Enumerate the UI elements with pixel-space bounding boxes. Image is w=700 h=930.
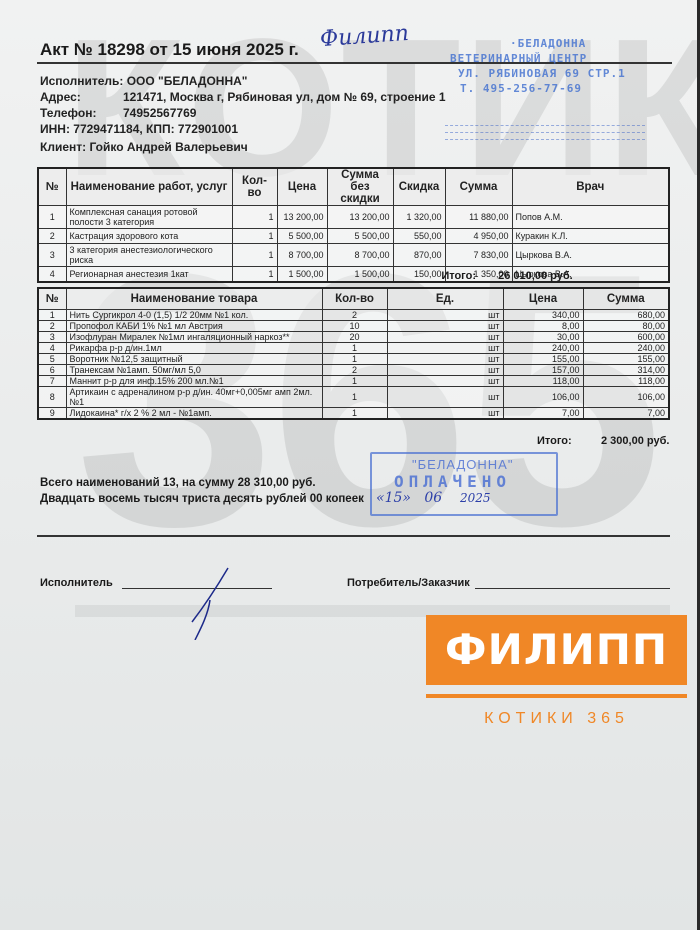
- goods-cell-price: 155,00: [503, 354, 583, 365]
- goods-cell-unit: шт: [387, 408, 503, 420]
- document-title: Акт № 18298 от 15 июня 2025 г.: [40, 40, 299, 60]
- goods-row: 3Изофлуран Миралек №1мл ингаляционный на…: [38, 332, 669, 343]
- services-cell-discount: 550,00: [393, 229, 445, 244]
- services-cell-price: 1 500,00: [277, 267, 327, 283]
- services-cell-doctor: Цыркова В.А.: [512, 244, 669, 267]
- goods-cell-unit: шт: [387, 354, 503, 365]
- goods-cell-name: Пропофол КАБИ 1% №1 мл Австрия: [66, 321, 322, 332]
- title-divider: [37, 62, 375, 64]
- services-cell-name: Комплексная санация ротовой полости 3 ка…: [66, 206, 232, 229]
- brand-divider: [426, 694, 687, 698]
- executor-line: Исполнитель: ООО "БЕЛАДОННА": [40, 74, 247, 88]
- goods-row: 9Лидокаина* г/х 2 % 2 мл - №1амп.1шт7,00…: [38, 408, 669, 420]
- services-cell-name: 3 категория анестезиологического риска: [66, 244, 232, 267]
- goods-cell-qty: 2: [322, 310, 387, 321]
- goods-cell-qty: 1: [322, 343, 387, 354]
- goods-cell-name: Изофлуран Миралек №1мл ингаляционный нар…: [66, 332, 322, 343]
- services-cell-sum: 4 950,00: [445, 229, 512, 244]
- goods-cell-sum: 240,00: [583, 343, 669, 354]
- stamp-smudge: [445, 125, 645, 146]
- executor-name: ООО "БЕЛАДОННА": [127, 74, 248, 88]
- goods-cell-n: 3: [38, 332, 66, 343]
- signature-scribble-icon: [160, 560, 240, 640]
- services-cell-name: Кастрация здорового кота: [66, 229, 232, 244]
- address-line: Адрес:121471, Москва г, Рябиновая ул, до…: [40, 90, 446, 104]
- services-cell-n: 2: [38, 229, 66, 244]
- services-total: Итого: 26 010,00 руб.: [400, 270, 573, 282]
- goods-cell-price: 7,00: [503, 408, 583, 420]
- services-cell-sum-no-discount: 5 500,00: [327, 229, 393, 244]
- goods-cell-unit: шт: [387, 387, 503, 408]
- customer-signature-label: Потребитель/Заказчик: [347, 577, 470, 589]
- brand-subtitle: КОТИКИ 365: [426, 710, 687, 728]
- goods-row: 2Пропофол КАБИ 1% №1 мл Австрия10шт8,008…: [38, 321, 669, 332]
- executor-signature-label: Исполнитель: [40, 577, 113, 589]
- services-cell-discount: 1 320,00: [393, 206, 445, 229]
- services-total-value: 26 010,00: [498, 270, 547, 282]
- goods-cell-price: 106,00: [503, 387, 583, 408]
- goods-cell-sum: 7,00: [583, 408, 669, 420]
- services-cell-doctor: Попов А.М.: [512, 206, 669, 229]
- goods-cell-unit: шт: [387, 310, 503, 321]
- services-cell-qty: 1: [232, 206, 277, 229]
- summary-words: Двадцать восемь тысяч триста десять рубл…: [40, 493, 364, 505]
- goods-cell-name: Маннит р-р для инф.15% 200 мл.№1: [66, 376, 322, 387]
- goods-cell-sum: 118,00: [583, 376, 669, 387]
- services-cell-sum-no-discount: 13 200,00: [327, 206, 393, 229]
- goods-cell-sum: 314,00: [583, 365, 669, 376]
- services-cell-qty: 1: [232, 267, 277, 283]
- services-row: 1Комплексная санация ротовой полости 3 к…: [38, 206, 669, 229]
- goods-cell-name: Рикарфа р-р д/ин.1мл: [66, 343, 322, 354]
- goods-cell-qty: 20: [322, 332, 387, 343]
- clinic-stamp: ·БЕЛАДОННА ВЕТЕРИНАРНЫЙ ЦЕНТР УЛ. РЯБИНО…: [450, 36, 626, 96]
- goods-cell-n: 9: [38, 408, 66, 420]
- goods-cell-n: 7: [38, 376, 66, 387]
- brand-logo: ФИЛИПП: [426, 615, 687, 685]
- services-cell-n: 4: [38, 267, 66, 283]
- goods-cell-unit: шт: [387, 321, 503, 332]
- goods-row: 6Транексам №1амп. 50мг/мл 5,02шт157,0031…: [38, 365, 669, 376]
- goods-cell-n: 1: [38, 310, 66, 321]
- services-cell-name: Регионарная анестезия 1кат: [66, 267, 232, 283]
- phone-line: Телефон:74952567769: [40, 106, 196, 120]
- goods-cell-price: 30,00: [503, 332, 583, 343]
- goods-cell-name: Воротник №12,5 защитный: [66, 354, 322, 365]
- goods-cell-name: Транексам №1амп. 50мг/мл 5,0: [66, 365, 322, 376]
- goods-cell-price: 8,00: [503, 321, 583, 332]
- goods-cell-qty: 2: [322, 365, 387, 376]
- goods-cell-price: 340,00: [503, 310, 583, 321]
- goods-row: 5Воротник №12,5 защитный1шт155,00155,00: [38, 354, 669, 365]
- services-header-row: № Наименование работ, услуг Кол-во Цена …: [38, 168, 669, 206]
- goods-row: 8Артикаин с адреналином р-р д/ин. 40мг+0…: [38, 387, 669, 408]
- services-table: № Наименование работ, услуг Кол-во Цена …: [37, 167, 670, 283]
- goods-cell-unit: шт: [387, 365, 503, 376]
- phone-value: 74952567769: [123, 106, 196, 120]
- goods-cell-sum: 680,00: [583, 310, 669, 321]
- goods-cell-price: 240,00: [503, 343, 583, 354]
- goods-cell-price: 118,00: [503, 376, 583, 387]
- goods-cell-name: Лидокаина* г/х 2 % 2 мл - №1амп.: [66, 408, 322, 420]
- services-cell-price: 8 700,00: [277, 244, 327, 267]
- goods-cell-unit: шт: [387, 376, 503, 387]
- goods-cell-qty: 1: [322, 354, 387, 365]
- goods-cell-n: 6: [38, 365, 66, 376]
- services-cell-doctor: Куракин К.Л.: [512, 229, 669, 244]
- goods-row: 1Нить Сургикрол 4-0 (1,5) 1/2 20мм №1 ко…: [38, 310, 669, 321]
- customer-signature-line[interactable]: [475, 588, 670, 589]
- paid-stamp: "БЕЛАДОННА" ОПЛАЧЕНО «15» 06 2025: [370, 452, 558, 516]
- goods-row: 7Маннит р-р для инф.15% 200 мл.№11шт118,…: [38, 376, 669, 387]
- goods-cell-qty: 1: [322, 408, 387, 420]
- goods-cell-qty: 1: [322, 387, 387, 408]
- goods-cell-unit: шт: [387, 332, 503, 343]
- goods-cell-name: Артикаин с адреналином р-р д/ин. 40мг+0,…: [66, 387, 322, 408]
- goods-cell-unit: шт: [387, 343, 503, 354]
- goods-table: № Наименование товара Кол-во Ед. Цена Су…: [37, 287, 670, 420]
- services-cell-qty: 1: [232, 229, 277, 244]
- services-cell-price: 5 500,00: [277, 229, 327, 244]
- paid-status: ОПЛАЧЕНО: [394, 472, 511, 491]
- services-row: 2Кастрация здорового кота15 500,005 500,…: [38, 229, 669, 244]
- goods-cell-sum: 155,00: [583, 354, 669, 365]
- goods-cell-sum: 80,00: [583, 321, 669, 332]
- summary-count: Всего наименований 13, на сумму 28 310,0…: [40, 477, 316, 489]
- services-cell-n: 1: [38, 206, 66, 229]
- goods-total-label: Итого:: [537, 435, 572, 447]
- goods-cell-n: 4: [38, 343, 66, 354]
- goods-cell-name: Нить Сургикрол 4-0 (1,5) 1/2 20мм №1 кол…: [66, 310, 322, 321]
- goods-header-row: № Наименование товара Кол-во Ед. Цена Су…: [38, 288, 669, 310]
- services-cell-sum-no-discount: 8 700,00: [327, 244, 393, 267]
- goods-cell-n: 2: [38, 321, 66, 332]
- paid-date: «15» 06 2025: [376, 490, 491, 506]
- inn-kpp-line: ИНН: 7729471184, КПП: 772901001: [40, 122, 238, 136]
- services-cell-sum-no-discount: 1 500,00: [327, 267, 393, 283]
- bottom-divider: [37, 535, 670, 537]
- services-cell-qty: 1: [232, 244, 277, 267]
- goods-cell-sum: 106,00: [583, 387, 669, 408]
- handwritten-note: Филипп: [319, 21, 409, 52]
- services-cell-discount: 870,00: [393, 244, 445, 267]
- goods-cell-qty: 10: [322, 321, 387, 332]
- goods-cell-qty: 1: [322, 376, 387, 387]
- services-row: 33 категория анестезиологического риска1…: [38, 244, 669, 267]
- goods-cell-sum: 600,00: [583, 332, 669, 343]
- services-row: 4Регионарная анестезия 1кат11 500,001 50…: [38, 267, 669, 283]
- address-value: 121471, Москва г, Рябиновая ул, дом № 69…: [123, 90, 446, 104]
- goods-cell-n: 5: [38, 354, 66, 365]
- client-name: Гойко Андрей Валерьевич: [89, 140, 247, 154]
- services-cell-price: 13 200,00: [277, 206, 327, 229]
- services-cell-sum: 11 880,00: [445, 206, 512, 229]
- goods-row: 4Рикарфа р-р д/ин.1мл1шт240,00240,00: [38, 343, 669, 354]
- client-line: Клиент: Гойко Андрей Валерьевич: [40, 140, 248, 154]
- services-cell-sum: 7 830,00: [445, 244, 512, 267]
- goods-cell-n: 8: [38, 387, 66, 408]
- services-cell-n: 3: [38, 244, 66, 267]
- goods-cell-price: 157,00: [503, 365, 583, 376]
- goods-total-value: 2 300,00 руб.: [601, 435, 669, 447]
